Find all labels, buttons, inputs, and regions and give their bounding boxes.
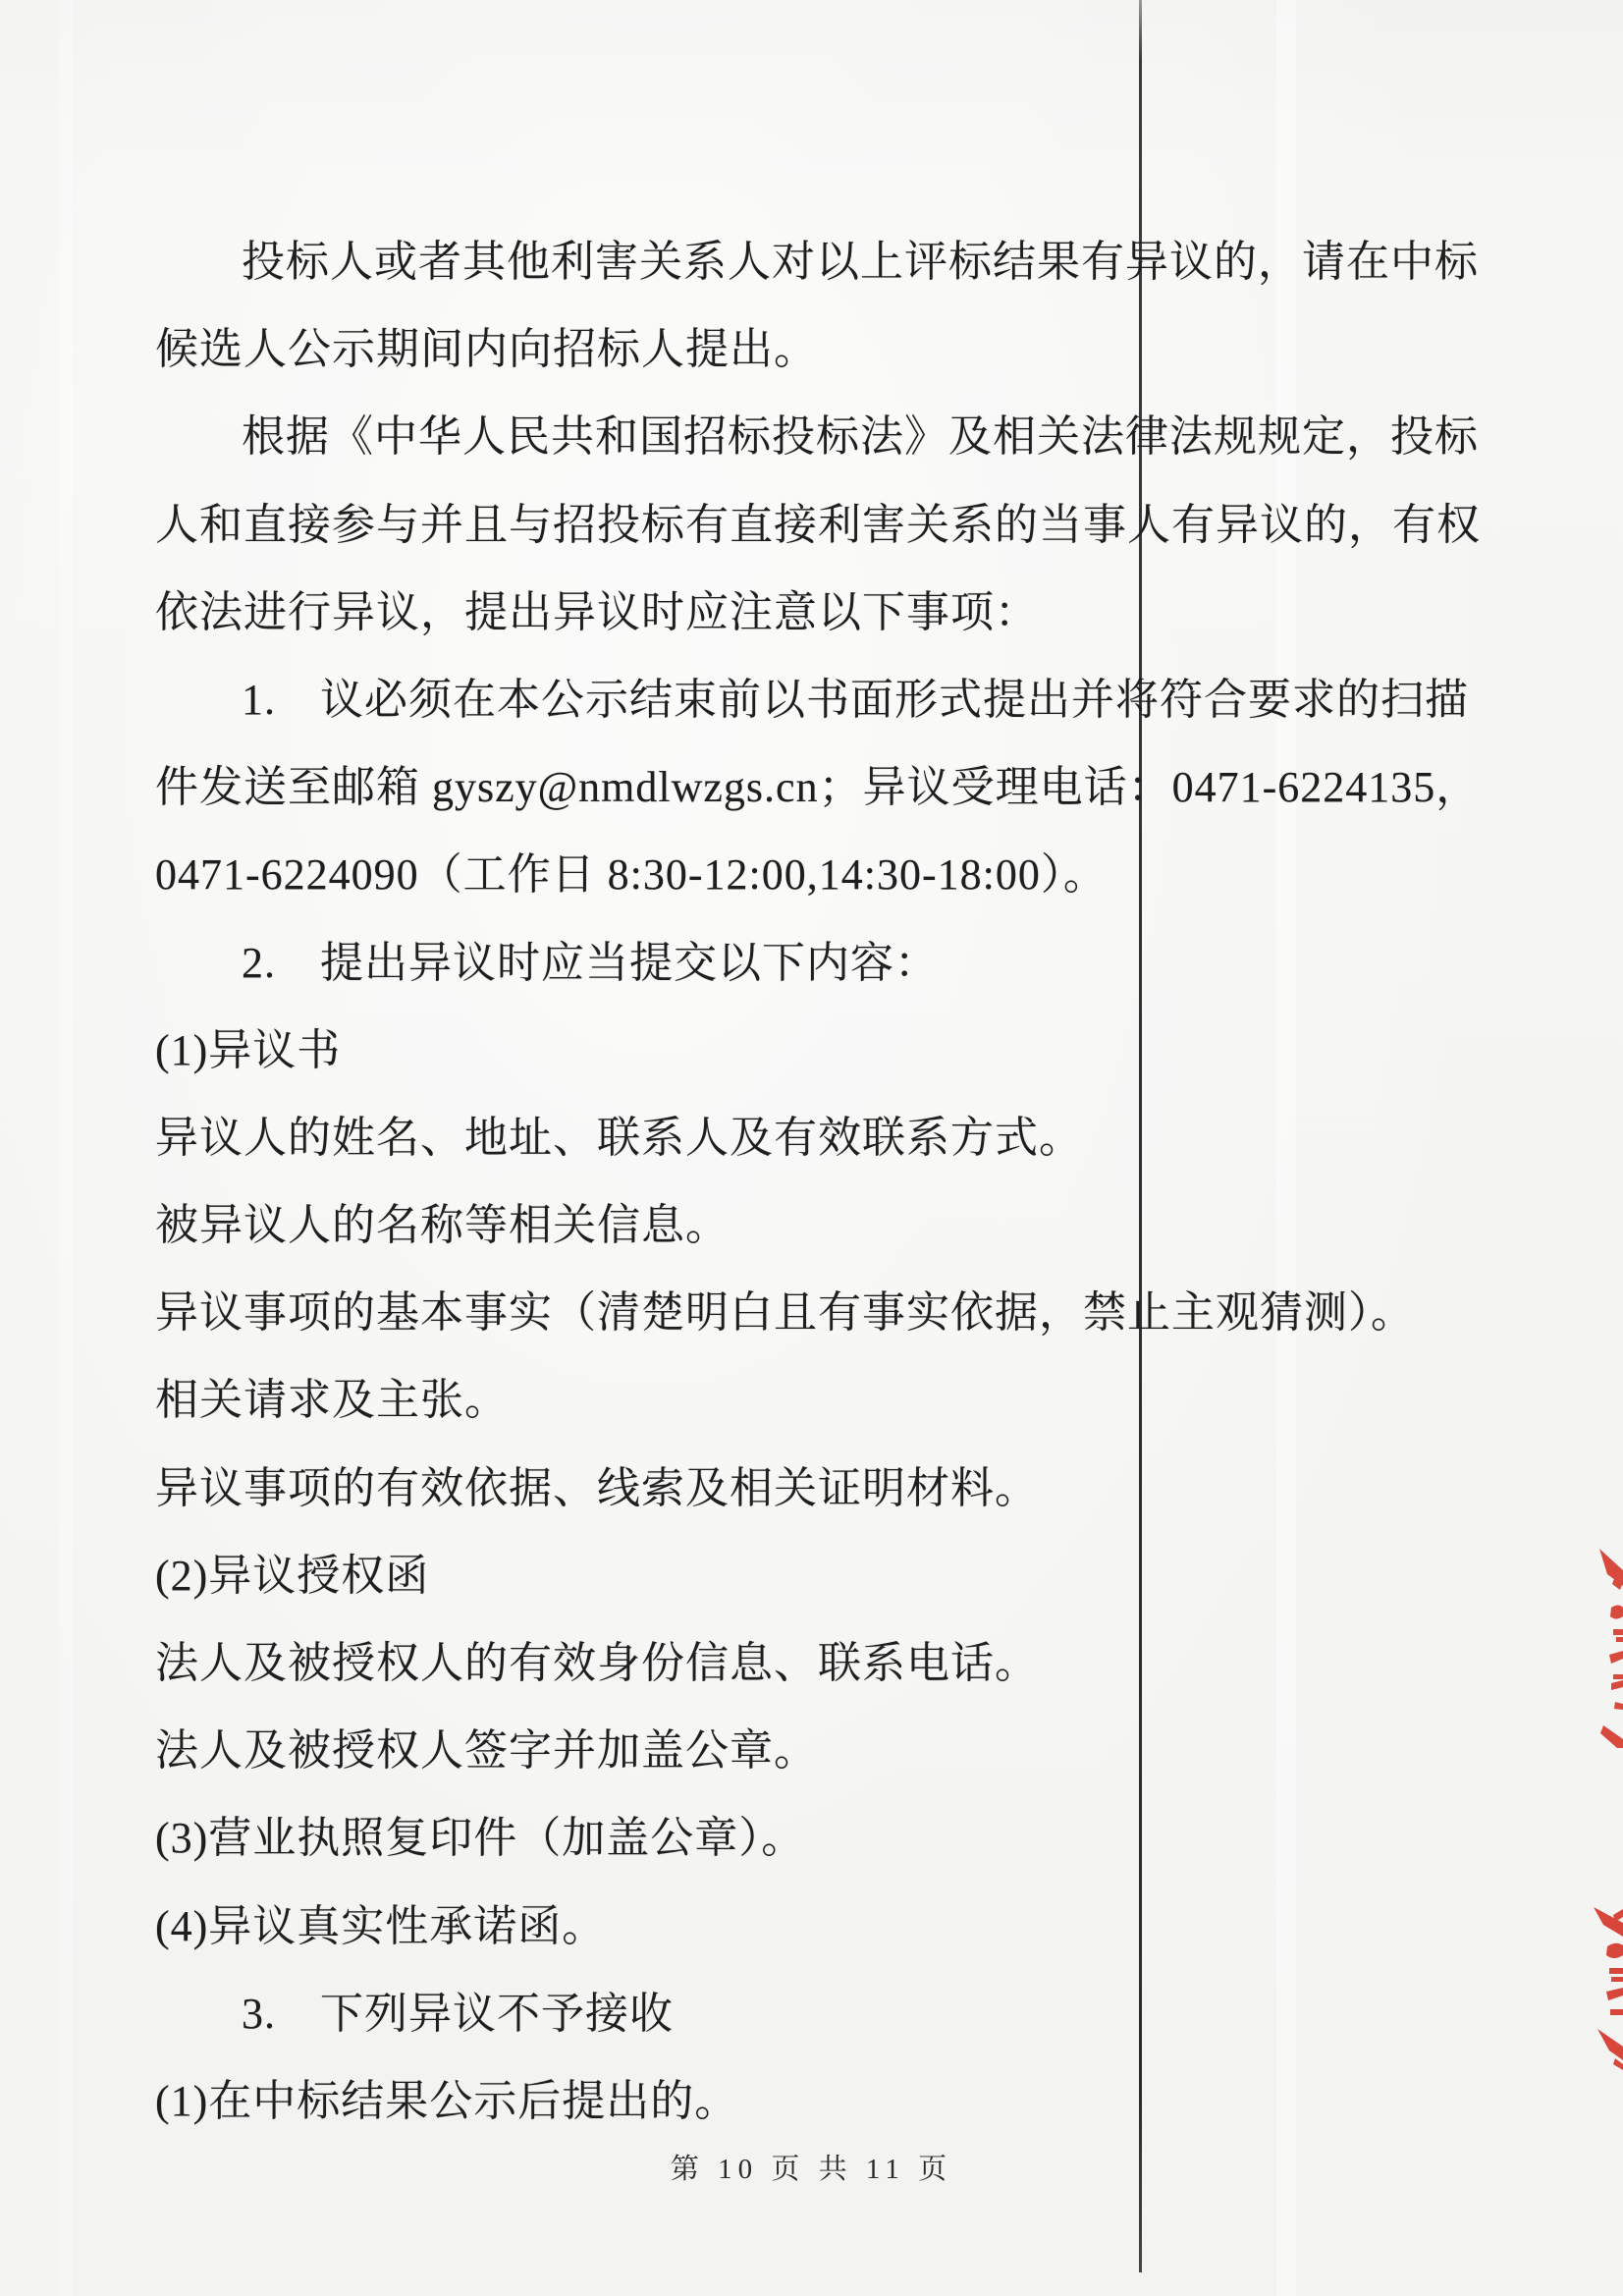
document-body: 投标人或者其他利害关系人对以上评标结果有异议的，请在中标 候选人公示期间内向招标… <box>155 218 1490 2145</box>
text-line: (1)异议书 <box>155 1007 1490 1094</box>
text-line: 依法进行异议，提出异议时应注意以下事项： <box>155 569 1490 656</box>
red-stamp-fragment-upper <box>1594 1547 1623 1748</box>
text-line: 法人及被授权人的有效身份信息、联系电话。 <box>155 1619 1490 1707</box>
text-line: 异议事项的有效依据、线索及相关证明材料。 <box>155 1445 1490 1532</box>
text-line: 投标人或者其他利害关系人对以上评标结果有异议的，请在中标 <box>155 218 1490 305</box>
text-line: 相关请求及主张。 <box>155 1356 1490 1444</box>
scanned-page: 投标人或者其他利害关系人对以上评标结果有异议的，请在中标 候选人公示期间内向招标… <box>0 0 1623 2296</box>
text-line: 异议事项的基本事实（清楚明白且有事实依据，禁止主观猜测）。 <box>155 1269 1490 1356</box>
text-line: 0471-6224090（工作日 8:30-12:00,14:30-18:00）… <box>155 831 1490 918</box>
text-line: 法人及被授权人签字并加盖公章。 <box>155 1707 1490 1794</box>
text-line: 候选人公示期间内向招标人提出。 <box>155 305 1490 393</box>
scan-streak <box>59 0 73 2296</box>
text-line: 根据《中华人民共和国招标投标法》及相关法律法规规定，投标 <box>155 393 1490 480</box>
text-line: 1. 议必须在本公示结束前以书面形式提出并将符合要求的扫描 <box>155 656 1490 743</box>
text-line: (1)在中标结果公示后提出的。 <box>155 2057 1490 2145</box>
text-line: 异议人的姓名、地址、联系人及有效联系方式。 <box>155 1094 1490 1181</box>
text-line: (2)异议授权函 <box>155 1532 1490 1619</box>
text-line: 3. 下列异议不予接收 <box>155 1970 1490 2057</box>
text-line: 2. 提出异议时应当提交以下内容： <box>155 919 1490 1007</box>
text-line: (4)异议真实性承诺函。 <box>155 1883 1490 1970</box>
text-line: (3)营业执照复印件（加盖公章）。 <box>155 1794 1490 1882</box>
page-number: 第 10 页 共 11 页 <box>0 2147 1623 2187</box>
text-line: 被异议人的名称等相关信息。 <box>155 1181 1490 1269</box>
text-line: 人和直接参与并且与招投标有直接利害关系的当事人有异议的，有权 <box>155 481 1490 569</box>
red-stamp-fragment-lower <box>1590 1903 1623 2070</box>
text-line: 件发送至邮箱 gyszy@nmdlwzgs.cn；异议受理电话：0471-622… <box>155 743 1490 831</box>
